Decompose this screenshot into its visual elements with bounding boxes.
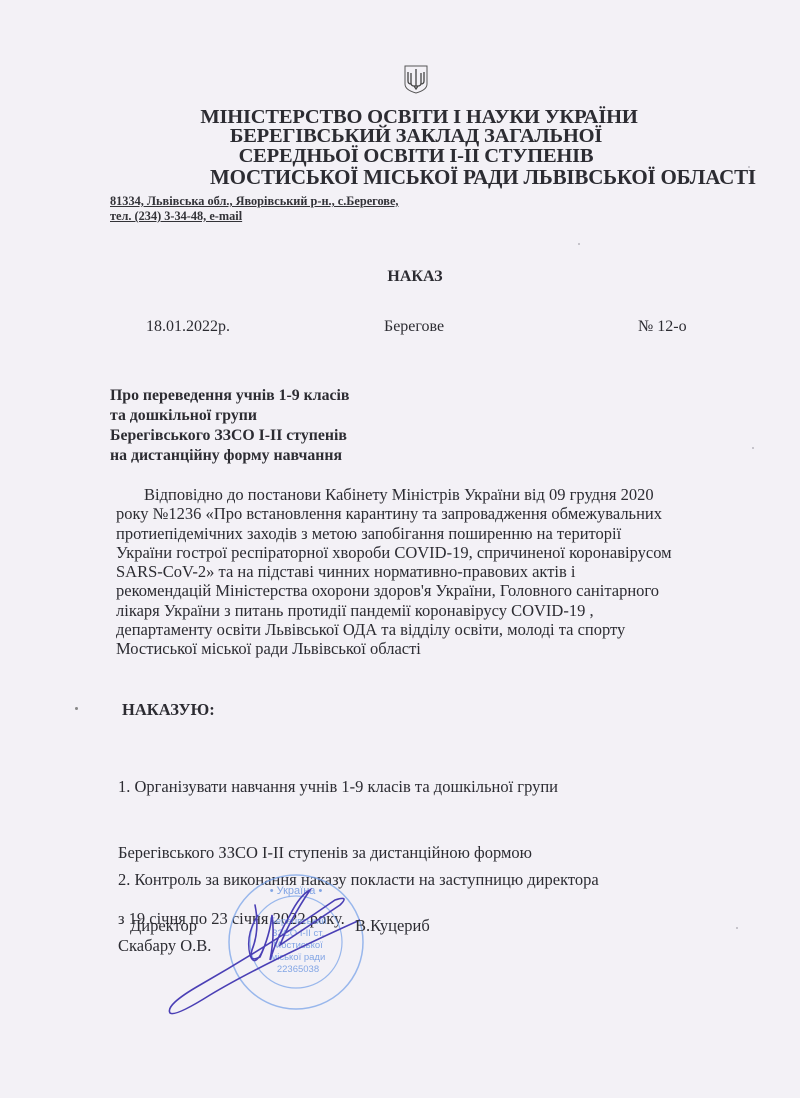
preamble-line: року №1236 «Про встановлення карантину т… [116,504,756,523]
preamble-line: департаменту освіти Львівської ОДА та ві… [116,620,756,639]
signature-name: В.Куцериб [355,916,430,936]
preamble-line: Відповідно до постанови Кабінету Міністр… [116,485,756,504]
document-place: Берегове [384,318,444,336]
subject-line: на дистанційну форму навчання [110,446,349,466]
preamble-line: рекомендацій Міністерства охорони здоров… [116,581,756,600]
scan-speck [75,707,78,710]
preamble-line: SARS-CoV-2» та на підставі чинних нормат… [116,562,756,581]
header-institution-line3: МОСТИСЬКОЇ МІСЬКОЇ РАДИ ЛЬВІВСЬКОЇ ОБЛАС… [210,166,756,188]
header-institution-line1: БЕРЕГІВСЬКИЙ ЗАКЛАД ЗАГАЛЬНОЇ [0,125,800,147]
ukraine-trident-emblem-icon [403,64,429,94]
scan-speck [736,927,738,929]
subject-line: Про переведення учнів 1-9 класів [110,386,349,406]
scan-speck [578,243,580,245]
subject-line: та дошкільної групи [110,406,349,426]
preamble-paragraph: Відповідно до постанови Кабінету Міністр… [116,485,756,659]
order-item-line: 1. Організувати навчання учнів 1-9 класі… [118,776,558,798]
document-number: № 12-о [638,318,687,336]
document-title: НАКАЗ [0,268,800,286]
header-contact: тел. (234) 3-34-48, e-mail [110,209,242,223]
preamble-line: Мостиської міської ради Львівської облас… [116,639,756,658]
signature-title: Директор [130,916,197,936]
director-signature [160,875,360,1020]
preamble-line: протиепідемічних заходів з метою запобіг… [116,524,756,543]
scan-speck [748,166,750,168]
header-institution-line2: СЕРЕДНЬОЇ ОСВІТИ І-ІІ СТУПЕНІВ [0,145,800,167]
subject-line: Берегівського ЗЗСО І-ІІ ступенів [110,426,349,446]
document-date: 18.01.2022р. [146,318,230,336]
document-subject: Про переведення учнів 1-9 класів та дошк… [110,386,349,466]
scan-speck [752,447,754,449]
order-label: НАКАЗУЮ: [122,700,215,720]
header-address: 81334, Львівська обл., Яворівський р-н.,… [110,194,398,208]
preamble-line: України гострої респіраторної хвороби CO… [116,543,756,562]
preamble-line: лікаря України з питань протидії пандемі… [116,601,756,620]
